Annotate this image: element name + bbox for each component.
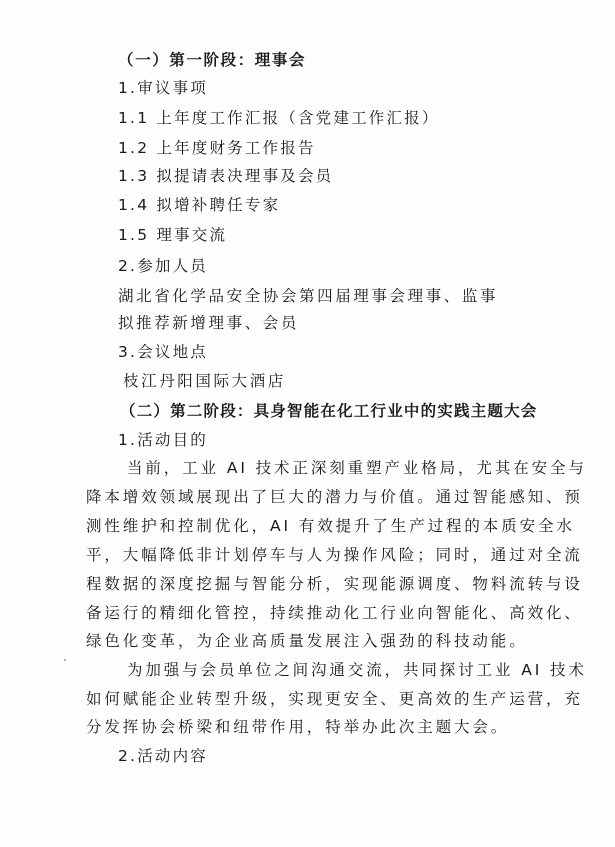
paragraph-line: 如何赋能企业转型升级，实现更安全、更高效的生产运营，充 [86,689,583,709]
section1-attendees-line1: 湖北省化学品安全协会第四届理事会理事、监事 [118,286,498,306]
section1-item1: 1.审议事项 [118,78,208,98]
section1-item2: 2.参加人员 [118,256,208,276]
section1-venue: 枝江丹阳国际大酒店 [123,371,286,391]
section1-item1-1: 1.1 上年度工作汇报（含党建工作汇报） [118,108,440,128]
paragraph-line: 备运行的精细化管控，持续推动化工行业向智能化、高效化、 [86,603,583,623]
section1-item3: 3.会议地点 [118,342,208,362]
scan-speck [64,659,66,661]
paragraph-line: 绿色化变革，为企业高质量发展注入强劲的科技动能。 [86,631,528,651]
paragraph-line: 为加强与会员单位之间沟通交流，共同探讨工业 AI 技术 [127,660,587,680]
section1-item1-4: 1.4 拟增补聘任专家 [118,195,280,215]
document-page: （一）第一阶段：理事会 1.审议事项 1.1 上年度工作汇报（含党建工作汇报） … [0,0,615,847]
paragraph-line: 测性维护和控制优化，AI 有效提升了生产过程的本质安全水 [86,516,575,536]
section1-item1-2: 1.2 上年度财务工作报告 [118,138,316,158]
section1-heading: （一）第一阶段：理事会 [118,50,306,70]
section1-attendees-line2: 拟推荐新增理事、会员 [118,313,299,333]
section2-item2: 2.活动内容 [118,746,208,766]
paragraph-line: 当前，工业 AI 技术正深刻重塑产业格局，尤其在安全与 [127,458,587,478]
paragraph-line: 降本增效领域展现出了巨大的潜力与价值。通过智能感知、预 [86,487,583,507]
section1-item1-3: 1.3 拟提请表决理事及会员 [118,166,333,186]
section2-heading: （二）第二阶段：具身智能在化工行业中的实践主题大会 [120,401,538,421]
paragraph-line: 分发挥协会桥梁和纽带作用，特举办此次主题大会。 [86,717,509,737]
section1-item1-5: 1.5 理事交流 [118,225,227,245]
paragraph-line: 平，大幅降低非计划停车与人为操作风险；同时，通过对全流 [86,545,583,565]
paragraph-line: 程数据的深度挖掘与智能分析，实现能源调度、物料流转与设 [86,574,583,594]
section2-item1: 1.活动目的 [118,430,208,450]
